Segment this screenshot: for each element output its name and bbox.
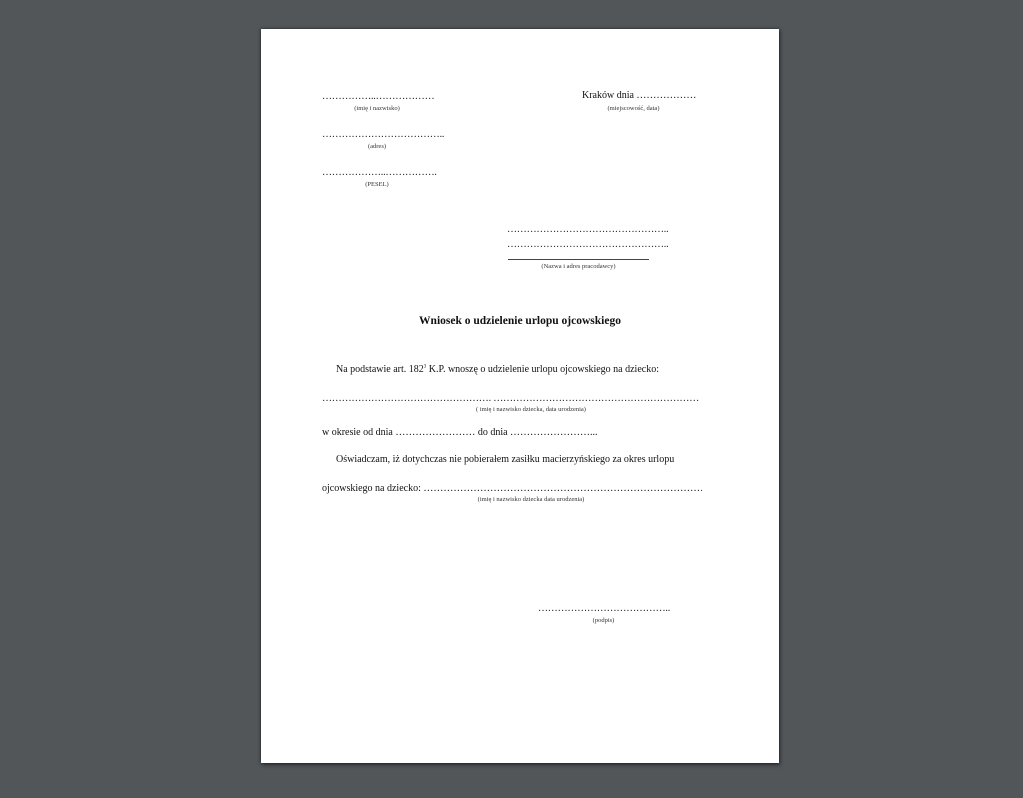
legal-basis-paragraph: Na podstawie art. 1823 K.P. wnoszę o udz… — [336, 364, 659, 375]
name-caption: (imię i nazwisko) — [322, 105, 432, 112]
employer-line-1: ………………………………………….. — [507, 224, 668, 235]
statement-caption: (imię i nazwisko dziecka data urodzenia) — [411, 496, 651, 503]
place-date-caption: (miejscowość, data) — [591, 105, 676, 112]
employer-caption: (Nazwa i adres pracodawcy) — [508, 263, 649, 270]
document-title: Wniosek o udzielenie urlopu ojcowskiego — [261, 315, 779, 327]
address-caption: (adres) — [322, 143, 432, 150]
period-line: w okresie od dnia …………………… do dnia ……………… — [322, 427, 598, 438]
child-line: ……………………………………………. ………………………………………………………… — [322, 393, 700, 404]
signature-caption: (podpis) — [561, 617, 646, 624]
pesel-caption: (PESEL) — [322, 181, 432, 188]
place-date-line: Kraków dnia ……………… — [582, 90, 696, 101]
statement-line-1: Oświadczam, iż dotychczas nie pobierałem… — [336, 454, 674, 465]
document-page: ……………..……………… (imię i nazwisko) ……………………… — [261, 29, 779, 763]
legal-basis-suffix: K.P. wnoszę o udzielenie urlopu ojcowski… — [426, 364, 659, 375]
child-caption: ( imię i nazwisko dziecka, data urodzeni… — [411, 406, 651, 413]
signature-line: ………………………………….. — [538, 603, 670, 614]
legal-basis-prefix: Na podstawie art. 182 — [336, 364, 424, 375]
address-line: ……………………………….. — [322, 129, 444, 140]
pesel-line: ………………..……………. — [322, 167, 437, 178]
employer-line-2: ………………………………………….. — [507, 239, 668, 250]
statement-line-2: ojcowskiego na dziecko: …………………………………………… — [322, 483, 702, 494]
name-line: ……………..……………… — [322, 91, 434, 102]
employer-underline — [508, 259, 649, 260]
